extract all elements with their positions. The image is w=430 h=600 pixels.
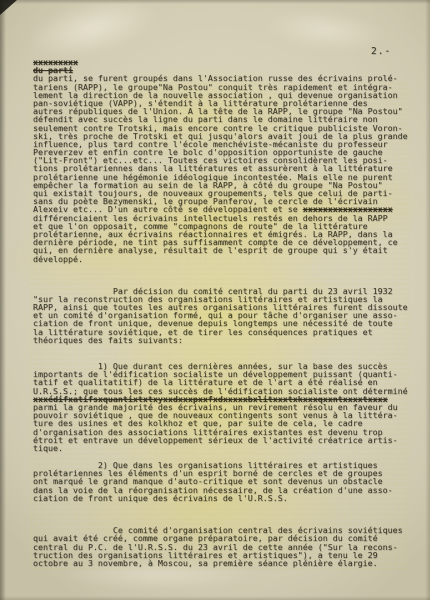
paragraph-rapp-history: du parti, se furent groupés dans l'Assoc…: [33, 74, 425, 262]
paragraph-decision: Par décision du comité central du parti …: [33, 287, 425, 344]
text-line: [33, 502, 425, 510]
text-line: théoriques des faits suivants:: [33, 336, 425, 344]
page-number: 2.-: [371, 46, 391, 57]
text-line: octobre au 3 novembre, à Moscou, sa prem…: [33, 559, 425, 567]
paragraph-comite: Ce comité d'organisation central des écr…: [33, 526, 425, 567]
text-line: tique.: [33, 444, 425, 452]
text-line: étroit et entrave un développement série…: [33, 436, 425, 444]
scan-edge-top: [0, 0, 430, 4]
text-line: développé.: [33, 255, 425, 263]
paragraph-point-2: 2) Que dans les organisations littéraire…: [33, 461, 425, 510]
text-line: xxxxxxxxx: [33, 58, 425, 66]
typewritten-page: 2.- xxxxxxxxxdu partidu parti, se furent…: [0, 0, 430, 600]
text-line: ciation de front unique des écrivains de…: [33, 494, 425, 502]
text-line: qui, en dernière analyse, résultait de l…: [33, 246, 425, 254]
paper-crease: [263, 4, 387, 56]
torn-corner: [0, 0, 17, 15]
typescript-body: xxxxxxxxxdu partidu parti, se furent gro…: [33, 58, 425, 567]
scan-edge-left: [0, 0, 6, 600]
scan-edge-right: [425, 0, 430, 600]
paragraph-point-1: 1) Que durant ces dernières années, sur …: [33, 362, 425, 452]
scan-edge-bottom: [0, 596, 430, 600]
paragraph-correction: xxxxxxxxxdu parti: [33, 58, 425, 74]
